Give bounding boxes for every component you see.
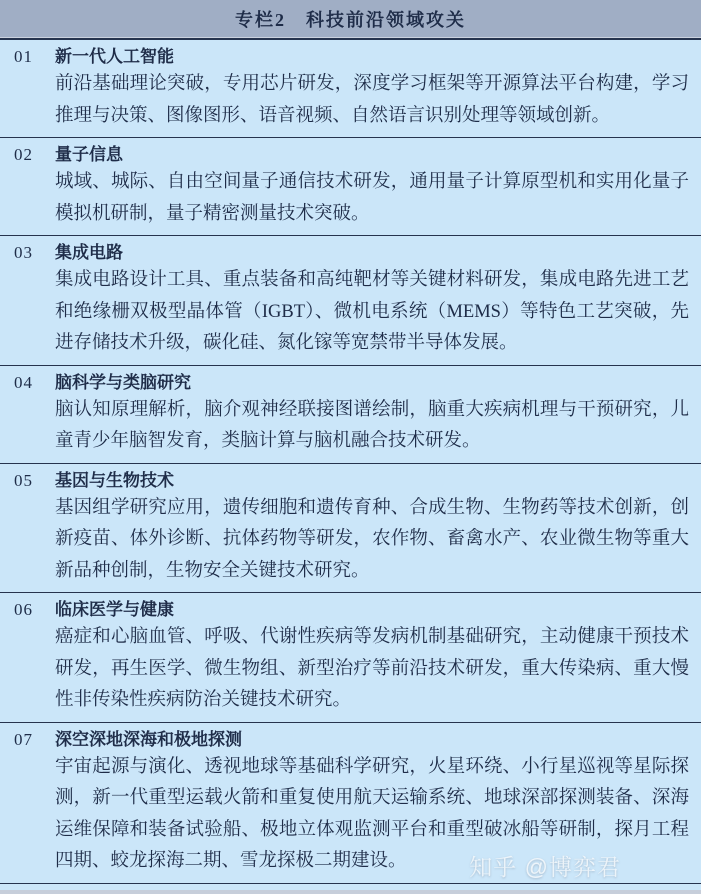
item-title: 脑科学与类脑研究 (55, 370, 689, 395)
item-number: 03 (14, 240, 55, 360)
table-row-02: 02 量子信息 城域、城际、自由空间量子通信技术研发，通用量子计算原型机和实用化… (0, 138, 701, 236)
item-number: 01 (14, 44, 55, 132)
item-title: 新一代人工智能 (55, 44, 689, 69)
item-number: 04 (14, 370, 55, 458)
item-number: 07 (14, 727, 55, 878)
table-body: 01 新一代人工智能 前沿基础理论突破，专用芯片研发，深度学习框架等开源算法平台… (0, 40, 701, 884)
item-title: 量子信息 (55, 142, 689, 167)
item-cell: 脑科学与类脑研究 脑认知原理解析，脑介观神经联接图谱绘制，脑重大疾病机理与干预研… (55, 370, 689, 458)
table-row-05: 05 基因与生物技术 基因组学研究应用，遗传细胞和遗传育种、合成生物、生物药等技… (0, 464, 701, 594)
item-cell: 量子信息 城域、城际、自由空间量子通信技术研发，通用量子计算原型机和实用化量子模… (55, 142, 689, 230)
item-cell: 集成电路 集成电路设计工具、重点装备和高纯靶材等关键材料研发，集成电路先进工艺和… (55, 240, 689, 360)
item-cell: 临床医学与健康 癌症和心脑血管、呼吸、代谢性疾病等发病机制基础研究，主动健康干预… (55, 597, 689, 717)
table-row-06: 06 临床医学与健康 癌症和心脑血管、呼吸、代谢性疾病等发病机制基础研究，主动健… (0, 593, 701, 723)
item-description: 集成电路设计工具、重点装备和高纯靶材等关键材料研发，集成电路先进工艺和绝缘栅双极… (55, 265, 689, 360)
item-number: 06 (14, 597, 55, 717)
table-row-04: 04 脑科学与类脑研究 脑认知原理解析，脑介观神经联接图谱绘制，脑重大疾病机理与… (0, 366, 701, 464)
item-cell: 新一代人工智能 前沿基础理论突破，专用芯片研发，深度学习框架等开源算法平台构建，… (55, 44, 689, 132)
item-description: 癌症和心脑血管、呼吸、代谢性疾病等发病机制基础研究，主动健康干预技术研发，再生医… (55, 622, 689, 717)
table-title: 专栏2 科技前沿领域攻关 (235, 6, 466, 32)
bottom-strip (0, 890, 701, 894)
item-description: 前沿基础理论突破，专用芯片研发，深度学习框架等开源算法平台构建，学习推理与决策、… (55, 69, 689, 132)
item-description: 基因组学研究应用，遗传细胞和遗传育种、合成生物、生物药等技术创新，创新疫苗、体外… (55, 493, 689, 588)
table-title-bar: 专栏2 科技前沿领域攻关 (0, 0, 701, 40)
item-description: 城域、城际、自由空间量子通信技术研发，通用量子计算原型机和实用化量子模拟机研制，… (55, 167, 689, 230)
boxed-table: 专栏2 科技前沿领域攻关 01 新一代人工智能 前沿基础理论突破，专用芯片研发，… (0, 0, 701, 894)
table-row-03: 03 集成电路 集成电路设计工具、重点装备和高纯靶材等关键材料研发，集成电路先进… (0, 236, 701, 366)
table-row-01: 01 新一代人工智能 前沿基础理论突破，专用芯片研发，深度学习框架等开源算法平台… (0, 40, 701, 138)
item-title: 临床医学与健康 (55, 597, 689, 622)
item-cell: 深空深地深海和极地探测 宇宙起源与演化、透视地球等基础科学研究，火星环绕、小行星… (55, 727, 689, 878)
item-number: 02 (14, 142, 55, 230)
item-description: 宇宙起源与演化、透视地球等基础科学研究，火星环绕、小行星巡视等星际探测，新一代重… (55, 752, 689, 878)
item-description: 脑认知原理解析，脑介观神经联接图谱绘制，脑重大疾病机理与干预研究，儿童青少年脑智… (55, 395, 689, 458)
item-title: 深空深地深海和极地探测 (55, 727, 689, 752)
item-cell: 基因与生物技术 基因组学研究应用，遗传细胞和遗传育种、合成生物、生物药等技术创新… (55, 468, 689, 588)
item-title: 集成电路 (55, 240, 689, 265)
item-number: 05 (14, 468, 55, 588)
table-row-07: 07 深空深地深海和极地探测 宇宙起源与演化、透视地球等基础科学研究，火星环绕、… (0, 723, 701, 884)
item-title: 基因与生物技术 (55, 468, 689, 493)
